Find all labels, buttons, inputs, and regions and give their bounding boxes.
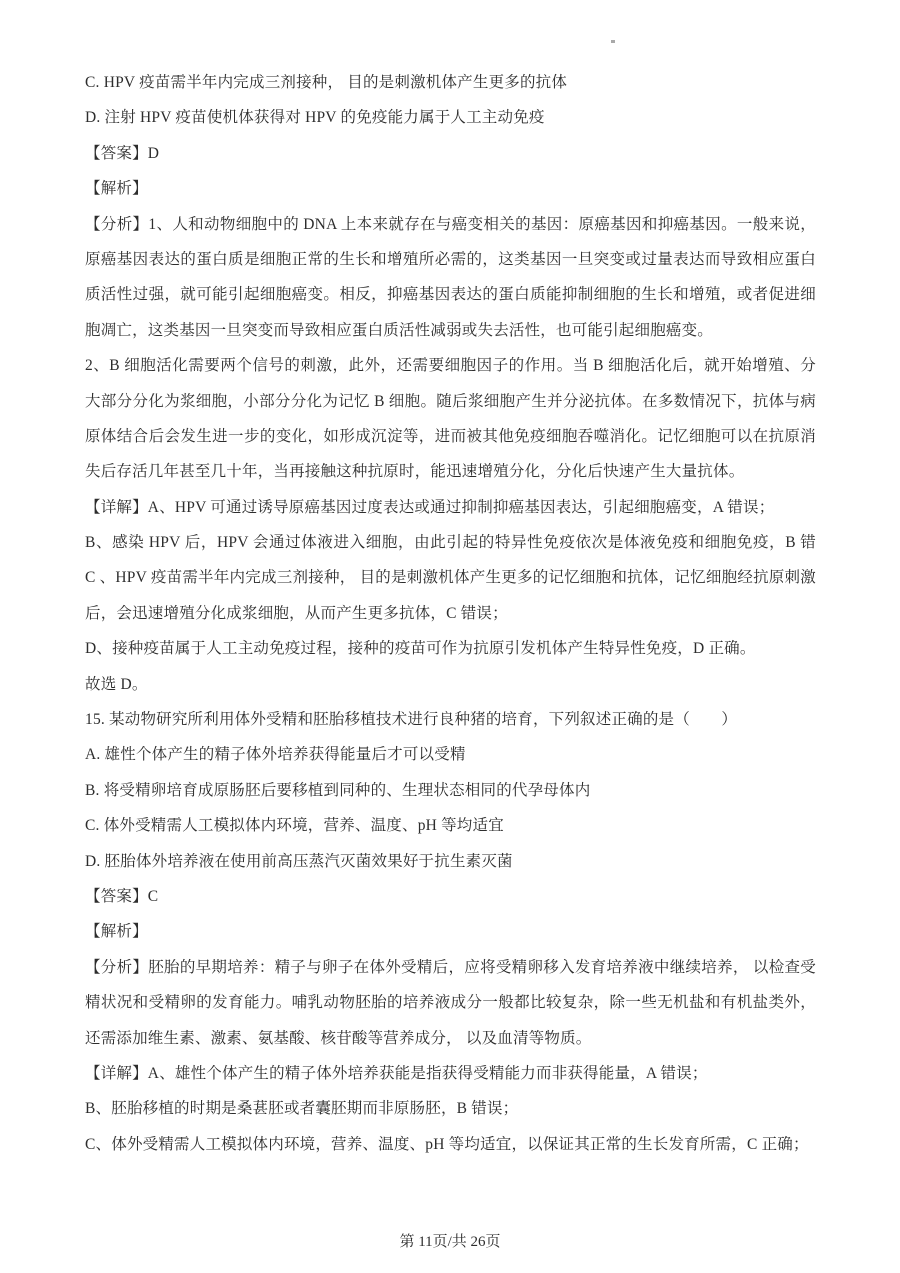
detail-explanation: B、胚胎移植的时期是桑葚胚或者囊胚期而非原肠胚，B 错误；: [85, 1091, 816, 1126]
detail-explanation: D、接种疫苗属于人工主动免疫过程，接种的疫苗可作为抗原引发机体产生特异性免疫，D…: [85, 631, 816, 666]
page-number-label: 第 11页/共 26页: [399, 1234, 500, 1250]
analysis-paragraph: 原癌基因表达的蛋白质是细胞正常的生长和增殖所必需的，这类基因一旦突变或过量表达而…: [85, 242, 816, 277]
q15-option-c: C. 体外受精需人工模拟体内环境，营养、温度、pH 等均适宜: [85, 808, 816, 843]
analysis-paragraph: 质活性过强，就可能引起细胞癌变。相反，抑癌基因表达的蛋白质能抑制细胞的生长和增殖…: [85, 277, 816, 312]
analysis-label: 【解析】: [85, 914, 816, 949]
question-15-stem: 15. 某动物研究所利用体外受精和胚胎移植技术进行良种猪的培育，下列叙述正确的是…: [85, 702, 816, 737]
analysis-paragraph: 还需添加维生素、激素、氨基酸、核苷酸等营养成分， 以及血清等物质。: [85, 1021, 816, 1056]
detail-explanation: C、体外受精需人工模拟体内环境，营养、温度、pH 等均适宜，以保证其正常的生长发…: [85, 1127, 816, 1162]
detail-explanation: 【详解】A、雄性个体产生的精子体外培养获能是指获得受精能力而非获得能量，A 错误…: [85, 1056, 816, 1091]
analysis-paragraph: 大部分分化为浆细胞，小部分分化为记忆 B 细胞。随后浆细胞产生并分泌抗体。在多数…: [85, 384, 816, 419]
answer-label: 【答案】C: [85, 879, 816, 914]
analysis-paragraph: 2、B 细胞活化需要两个信号的刺激，此外，还需要细胞因子的作用。当 B 细胞活化…: [85, 348, 816, 383]
q15-option-d: D. 胚胎体外培养液在使用前高压蒸汽灭菌效果好于抗生素灭菌: [85, 844, 816, 879]
page-artifact-dot: [611, 40, 615, 43]
detail-explanation: B、感染 HPV 后，HPV 会通过体液进入细胞，由此引起的特异性免疫依次是体液…: [85, 525, 816, 560]
analysis-paragraph: 【分析】胚胎的早期培养：精子与卵子在体外受精后，应将受精卵移入发育培养液中继续培…: [85, 950, 816, 985]
document-body: C. HPV 疫苗需半年内完成三剂接种， 目的是刺激机体产生更多的抗体 D. 注…: [85, 65, 816, 1162]
analysis-paragraph: 【分析】1、人和动物细胞中的 DNA 上本来就存在与癌变相关的基因：原癌基因和抑…: [85, 207, 816, 242]
analysis-paragraph: 精状况和受精卵的发育能力。哺乳动物胚胎的培养液成分一般都比较复杂，除一些无机盐和…: [85, 985, 816, 1020]
answer-choice-note: 故选 D。: [85, 667, 816, 702]
option-line-d: D. 注射 HPV 疫苗使机体获得对 HPV 的免疫能力属于人工主动免疫: [85, 100, 816, 135]
option-line-c: C. HPV 疫苗需半年内完成三剂接种， 目的是刺激机体产生更多的抗体: [85, 65, 816, 100]
analysis-label: 【解析】: [85, 171, 816, 206]
q15-option-b: B. 将受精卵培育成原肠胚后要移植到同种的、生理状态相同的代孕母体内: [85, 773, 816, 808]
q15-option-a: A. 雄性个体产生的精子体外培养获得能量后才可以受精: [85, 737, 816, 772]
detail-explanation: 【详解】A、HPV 可通过诱导原癌基因过度表达或通过抑制抑癌基因表达，引起细胞癌…: [85, 490, 816, 525]
document-page: C. HPV 疫苗需半年内完成三剂接种， 目的是刺激机体产生更多的抗体 D. 注…: [0, 0, 900, 1273]
analysis-paragraph: 胞凋亡，这类基因一旦突变而导致相应蛋白质活性减弱或失去活性，也可能引起细胞癌变。: [85, 313, 816, 348]
detail-explanation: 后，会迅速增殖分化成浆细胞，从而产生更多抗体，C 错误；: [85, 596, 816, 631]
answer-label: 【答案】D: [85, 136, 816, 171]
detail-explanation: C 、HPV 疫苗需半年内完成三剂接种， 目的是刺激机体产生更多的记忆细胞和抗体…: [85, 560, 816, 595]
page-footer: 第 11页/共 26页: [0, 1230, 900, 1251]
analysis-paragraph: 失后存活几年甚至几十年，当再接触这种抗原时，能迅速增殖分化，分化后快速产生大量抗…: [85, 454, 816, 489]
analysis-paragraph: 原体结合后会发生进一步的变化，如形成沉淀等，进而被其他免疫细胞吞噬消化。记忆细胞…: [85, 419, 816, 454]
